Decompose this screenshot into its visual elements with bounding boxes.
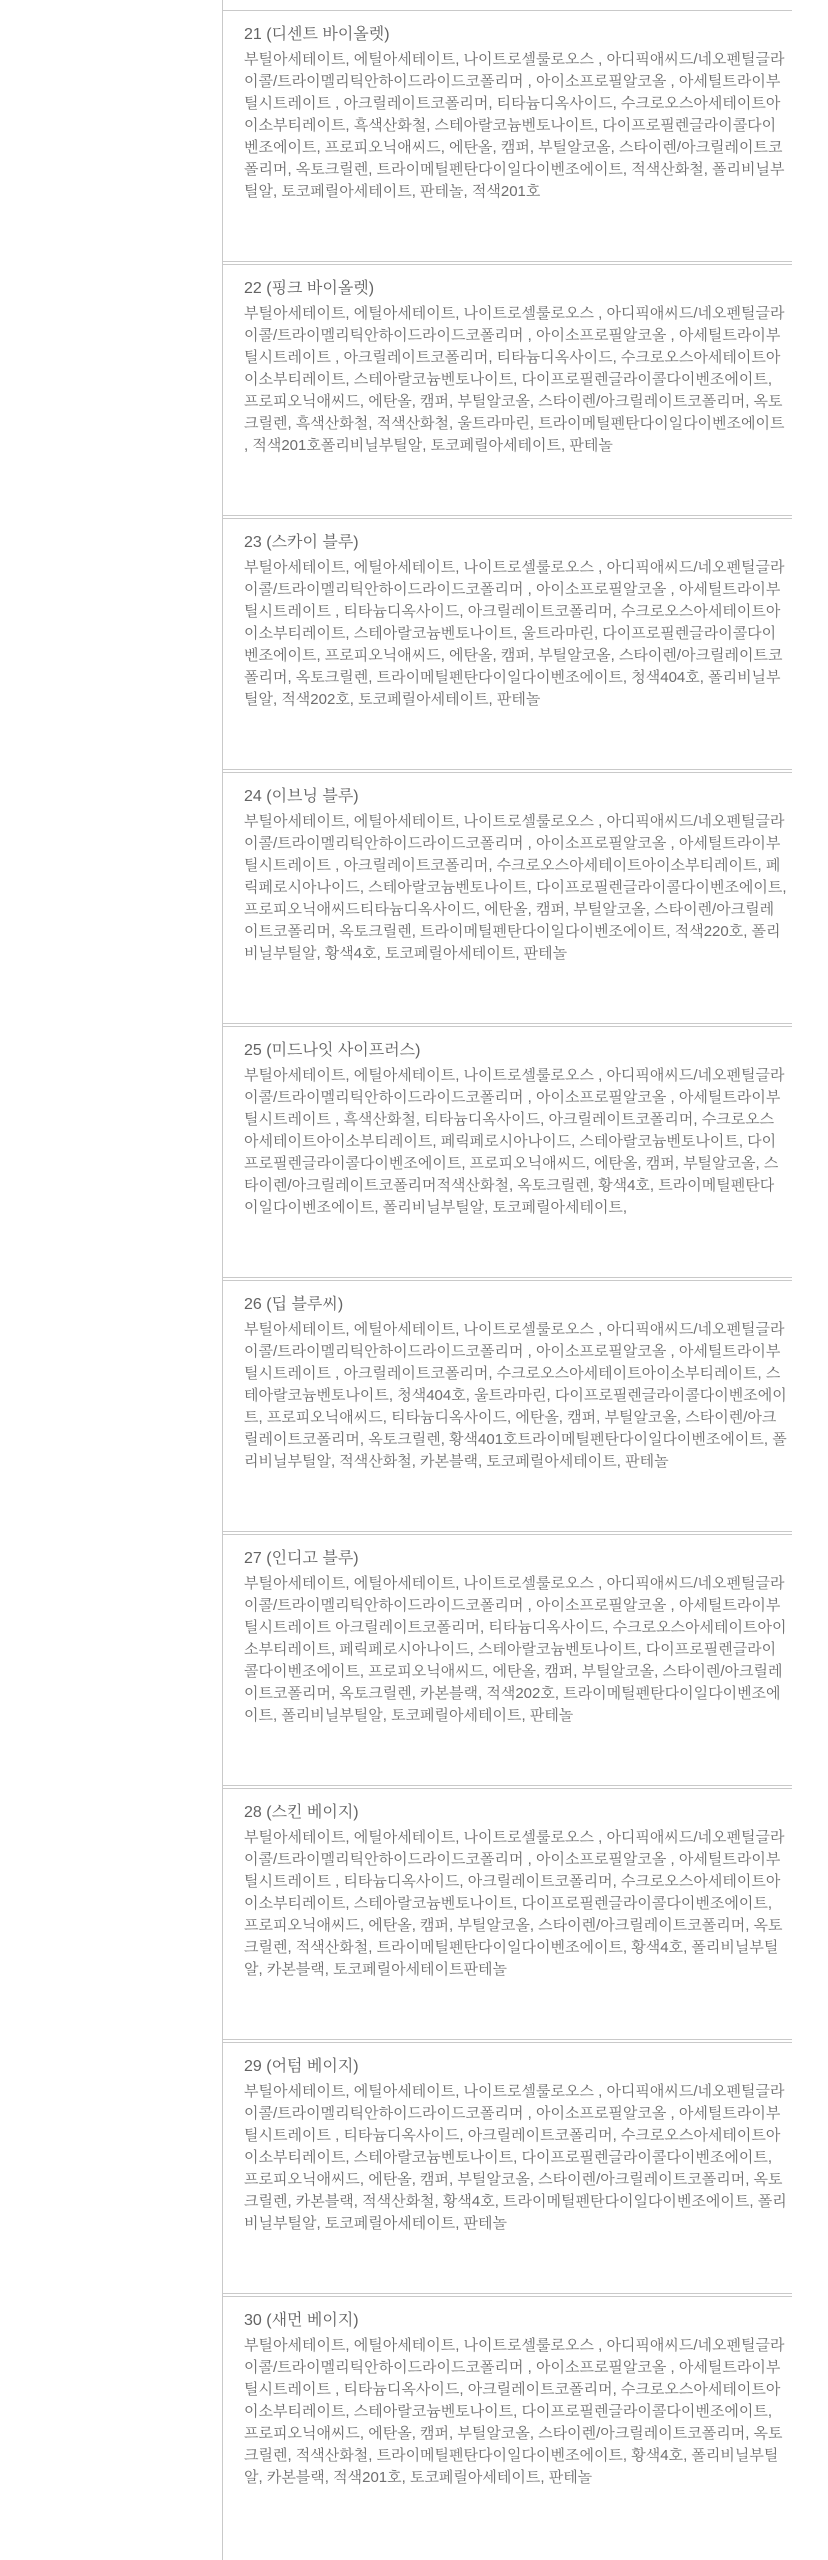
section-title: 26 (딥 블루씨) [244, 1293, 788, 1317]
ingredients-text: 부틸아세테이트, 에틸아세테이트, 나이트로셀룰로오스 , 아디픽애씨드/네오펜… [244, 1573, 788, 1727]
color-ingredient-section: 26 (딥 블루씨) 부틸아세테이트, 에틸아세테이트, 나이트로셀룰로오스 ,… [223, 1280, 792, 1532]
section-title: 29 (어텀 베이지) [244, 2055, 788, 2079]
ingredient-list-panel: 21 (디센트 바이올렛) 부틸아세테이트, 에틸아세테이트, 나이트로셀룰로오… [222, 0, 792, 2560]
ingredients-text: 부틸아세테이트, 에틸아세테이트, 나이트로셀룰로오스 , 아디픽애씨드/네오펜… [244, 811, 788, 965]
ingredients-text: 부틸아세테이트, 에틸아세테이트, 나이트로셀룰로오스 , 아디픽애씨드/네오펜… [244, 1065, 788, 1219]
color-ingredient-section: 22 (핑크 바이올렛) 부틸아세테이트, 에틸아세테이트, 나이트로셀룰로오스… [223, 264, 792, 516]
color-ingredient-section: 29 (어텀 베이지) 부틸아세테이트, 에틸아세테이트, 나이트로셀룰로오스 … [223, 2042, 792, 2294]
color-ingredient-section: 28 (스킨 베이지) 부틸아세테이트, 에틸아세테이트, 나이트로셀룰로오스 … [223, 1788, 792, 2040]
ingredients-text: 부틸아세테이트, 에틸아세테이트, 나이트로셀룰로오스 , 아디픽애씨드/네오펜… [244, 1319, 788, 1473]
section-title: 23 (스카이 블루) [244, 531, 788, 555]
color-ingredient-section: 25 (미드나잇 사이프러스) 부틸아세테이트, 에틸아세테이트, 나이트로셀룰… [223, 1026, 792, 1278]
ingredients-text: 부틸아세테이트, 에틸아세테이트, 나이트로셀룰로오스 , 아디픽애씨드/네오펜… [244, 303, 788, 457]
color-ingredient-section: 24 (이브닝 블루) 부틸아세테이트, 에틸아세테이트, 나이트로셀룰로오스 … [223, 772, 792, 1024]
section-title: 24 (이브닝 블루) [244, 785, 788, 809]
ingredients-text: 부틸아세테이트, 에틸아세테이트, 나이트로셀룰로오스 , 아디픽애씨드/네오펜… [244, 2081, 788, 2235]
section-title: 30 (새먼 베이지) [244, 2309, 788, 2333]
color-ingredient-section: 21 (디센트 바이올렛) 부틸아세테이트, 에틸아세테이트, 나이트로셀룰로오… [223, 10, 792, 262]
section-title: 28 (스킨 베이지) [244, 1801, 788, 1825]
ingredients-text: 부틸아세테이트, 에틸아세테이트, 나이트로셀룰로오스 , 아디픽애씨드/네오펜… [244, 49, 788, 203]
ingredients-text: 부틸아세테이트, 에틸아세테이트, 나이트로셀룰로오스 , 아디픽애씨드/네오펜… [244, 2335, 788, 2489]
ingredients-text: 부틸아세테이트, 에틸아세테이트, 나이트로셀룰로오스 , 아디픽애씨드/네오펜… [244, 557, 788, 711]
color-ingredient-section: 23 (스카이 블루) 부틸아세테이트, 에틸아세테이트, 나이트로셀룰로오스 … [223, 518, 792, 770]
section-title: 21 (디센트 바이올렛) [244, 23, 788, 47]
section-title: 27 (인디고 블루) [244, 1547, 788, 1571]
section-title: 25 (미드나잇 사이프러스) [244, 1039, 788, 1063]
color-sections-list: 21 (디센트 바이올렛) 부틸아세테이트, 에틸아세테이트, 나이트로셀룰로오… [223, 10, 792, 2560]
ingredients-text: 부틸아세테이트, 에틸아세테이트, 나이트로셀룰로오스 , 아디픽애씨드/네오펜… [244, 1827, 788, 1981]
color-ingredient-section: 27 (인디고 블루) 부틸아세테이트, 에틸아세테이트, 나이트로셀룰로오스 … [223, 1534, 792, 1786]
color-ingredient-section: 30 (새먼 베이지) 부틸아세테이트, 에틸아세테이트, 나이트로셀룰로오스 … [223, 2296, 792, 2560]
section-title: 22 (핑크 바이올렛) [244, 277, 788, 301]
